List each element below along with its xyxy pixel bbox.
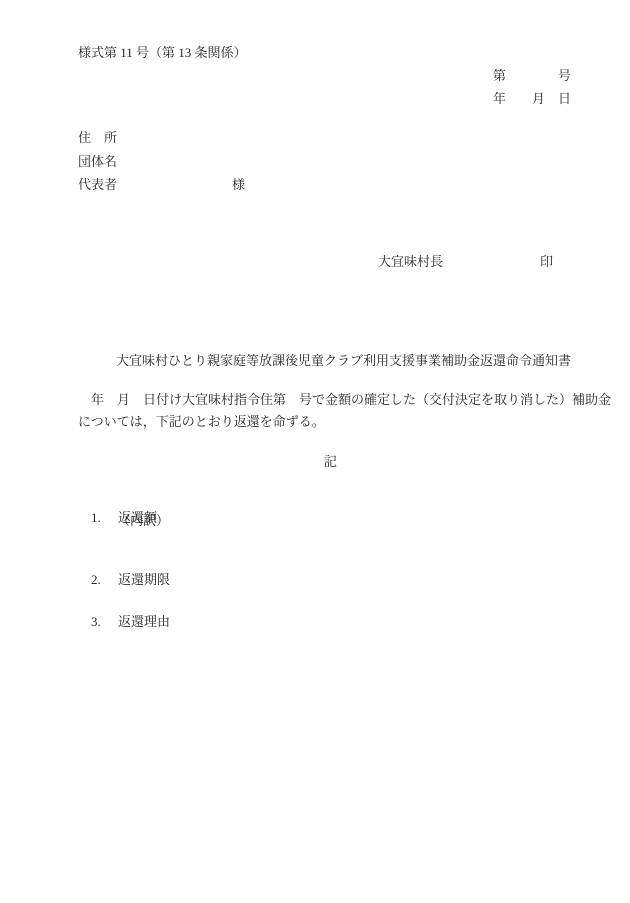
form-number: 様式第 11 号（第 13 条関係） <box>78 44 247 62</box>
date-line: 年 月 日 <box>493 90 571 108</box>
issuer-title: 大宜味村長 <box>378 253 443 271</box>
list-item-return-reason: 3.返還理由 <box>78 595 170 648</box>
list-item-breakdown: （内訳） <box>117 512 169 530</box>
body-paragraph-line-1: 年 月 日付け大宜味村指令住第 号で金額の確定した（交付決定を取り消した）補助金 <box>78 391 611 409</box>
body-paragraph-line-2: については，下記のとおり返還を命ずる。 <box>78 413 325 431</box>
document-page: 様式第 11 号（第 13 条関係） 第 号 年 月 日 住 所 団体名 代表者… <box>0 0 630 903</box>
item-number: 2. <box>91 571 118 589</box>
honorific-sama: 様 <box>232 176 245 194</box>
item-number: 1. <box>91 509 118 527</box>
address-label: 住 所 <box>78 129 117 147</box>
item-label: 返還期限 <box>118 572 170 587</box>
representative-label: 代表者 <box>78 176 117 194</box>
organization-label: 団体名 <box>78 153 117 171</box>
list-header-ki: 記 <box>324 453 337 471</box>
item-label: 返還理由 <box>118 614 170 629</box>
document-title: 大宜味村ひとり親家庭等放課後児童クラブ利用支援事業補助金返還命令通知書 <box>116 352 571 370</box>
document-number-line: 第 号 <box>493 67 571 85</box>
seal-mark: 印 <box>540 253 553 271</box>
item-number: 3. <box>91 613 118 631</box>
